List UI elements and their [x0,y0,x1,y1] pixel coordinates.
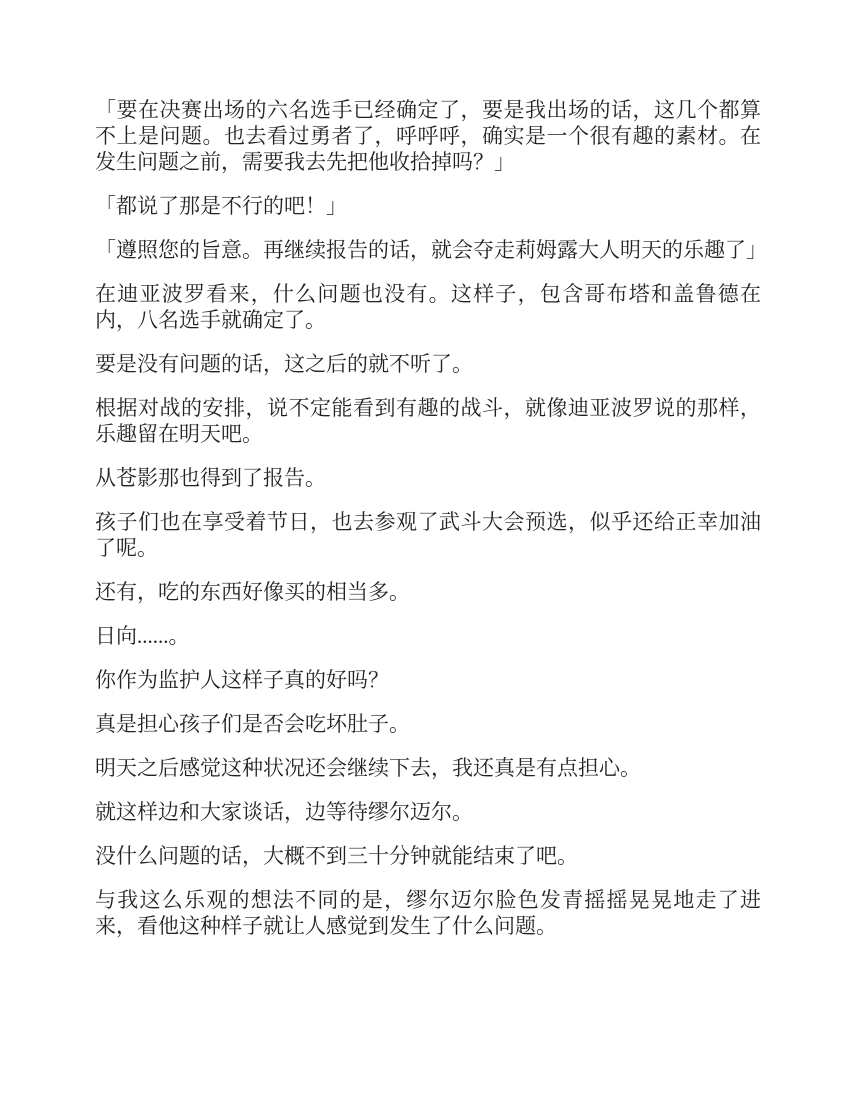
paragraph-narration: 根据对战的安排，说不定能看到有趣的战斗，就像迪亚波罗说的那样，乐趣留在明天吧。 [95,395,761,447]
paragraph-dialogue: 「遵照您的旨意。再继续报告的话，就会夺走莉姆露大人明天的乐趣了」 [95,237,761,263]
paragraph-narration: 没什么问题的话，大概不到三十分钟就能结束了吧。 [95,843,761,869]
paragraph-narration: 在迪亚波罗看来，什么问题也没有。这样子，包含哥布塔和盖鲁德在内，八名选手就确定了… [95,281,761,333]
paragraph-narration: 明天之后感觉这种状况还会继续下去，我还真是有点担心。 [95,755,761,781]
paragraph-narration: 还有，吃的东西好像买的相当多。 [95,579,761,605]
paragraph-narration: 与我这么乐观的想法不同的是，缪尔迈尔脸色发青摇摇晃晃地走了进来，看他这种样子就让… [95,887,761,939]
text-column: 「要在决赛出场的六名选手已经确定了，要是我出场的话，这几个都算不上是问题。也去看… [95,97,761,957]
paragraph-narration: 你作为监护人这样子真的好吗？ [95,667,761,693]
paragraph-dialogue: 「都说了那是不行的吧！」 [95,193,761,219]
novel-page: 「要在决赛出场的六名选手已经确定了，要是我出场的话，这几个都算不上是问题。也去看… [0,0,850,1100]
paragraph-narration: 日向......。 [95,623,761,649]
paragraph-narration: 要是没有问题的话，这之后的就不听了。 [95,351,761,377]
paragraph-narration: 就这样边和大家谈话，边等待缪尔迈尔。 [95,799,761,825]
paragraph-narration: 真是担心孩子们是否会吃坏肚子。 [95,711,761,737]
paragraph-narration: 孩子们也在享受着节日，也去参观了武斗大会预选，似乎还给正幸加油了呢。 [95,509,761,561]
paragraph-narration: 从苍影那也得到了报告。 [95,465,761,491]
paragraph-dialogue: 「要在决赛出场的六名选手已经确定了，要是我出场的话，这几个都算不上是问题。也去看… [95,97,761,175]
page: { "page": { "background_color": "#ffffff… [0,0,850,1100]
